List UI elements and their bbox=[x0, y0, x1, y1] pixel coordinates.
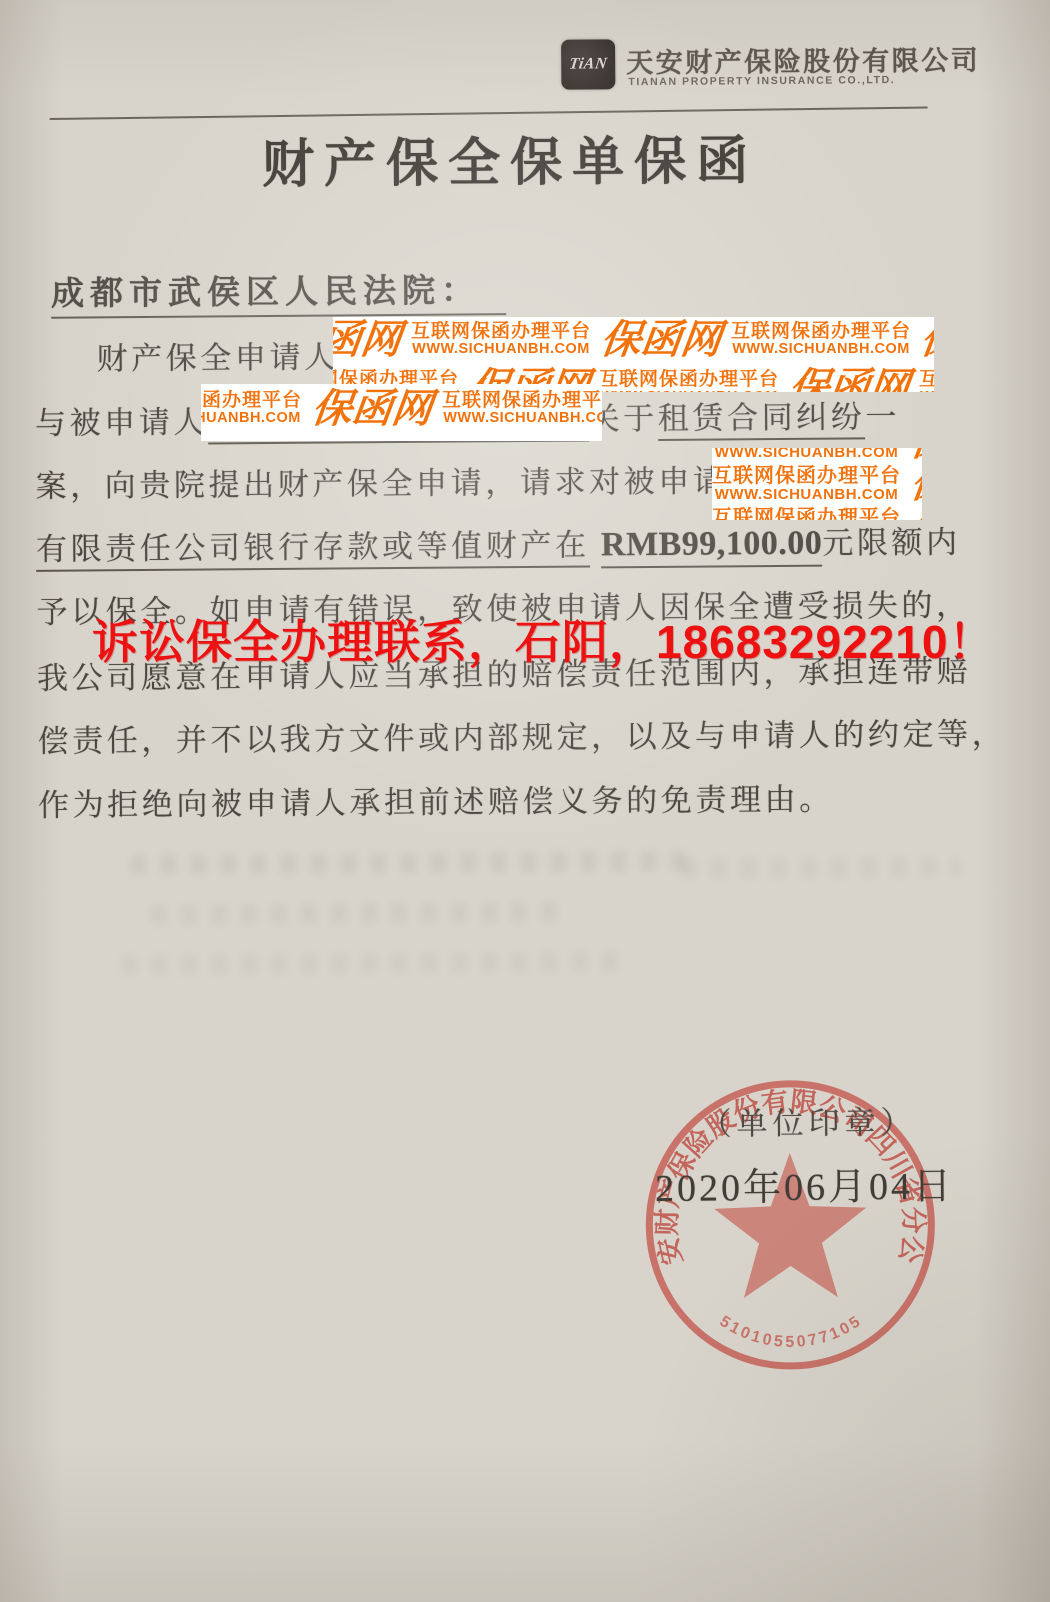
watermark-brand: 保函网 bbox=[913, 320, 934, 360]
watermark-brand: 保函网 bbox=[903, 448, 922, 462]
body-line: 作为拒绝向被申请人承担前述赔偿义务的免责理由。 bbox=[38, 774, 834, 825]
watermark-block: 保函网互联网保函办理平台WWW.SICHUANBH.COM保函网互联网保函办理平… bbox=[201, 384, 602, 441]
watermark-platform-url: 互联网保函办理平台WWW.SICHUANBH.COM bbox=[201, 391, 306, 428]
salutation: 成都市武侯区人民法院： bbox=[51, 264, 506, 315]
body-line: 案，向贵院提出财产保全申请，请求对被申请人 bbox=[35, 455, 762, 506]
watermark-block: 互联网保函办理平台WWW.SICHUANBH.COM保函网互联网保函办理平台WW… bbox=[712, 448, 922, 520]
watermark-platform: 互联网保函办理平台 bbox=[712, 465, 901, 487]
watermark-unit: 保函网互联网保函办理平台WWW.SICHUANBH.COM bbox=[783, 368, 934, 392]
body-text-segment bbox=[589, 527, 601, 562]
watermark-unit: 互联网保函办理平台WWW.SICHUANBH.COM保函网 bbox=[712, 464, 922, 504]
watermark-url: WWW.SICHUANBH.COM bbox=[715, 448, 898, 461]
bleed-through-marks bbox=[680, 857, 960, 879]
watermark-platform-url: 互联网保函办理平台WWW.SICHUANBH.COM bbox=[407, 322, 595, 359]
body-line: 有限责任公司银行存款或等值财产在 RMB99,100.00元限额内 bbox=[36, 517, 961, 569]
watermark-platform: 互联网保函办理平台 bbox=[919, 370, 934, 391]
watermark-unit: 互联网保函办理平台WWW.SICHUANBH.COM保函网 bbox=[712, 506, 922, 520]
watermark-brand: 保函网 bbox=[333, 320, 409, 360]
watermark-platform-url: 互联网保函办理平台WWW.SICHUANBH.COM bbox=[595, 370, 783, 392]
document-date: 2020年06月04日 bbox=[655, 1155, 954, 1212]
watermark-row: 互联网保函办理平台WWW.SICHUANBH.COM保函网 bbox=[712, 506, 922, 520]
watermark-url: WWW.SICHUANBH.COM bbox=[600, 390, 778, 392]
watermark-url: WWW.SICHUANBH.COM bbox=[201, 411, 301, 427]
body-text-segment: 偿责任，并不以我方文件或内部规定，以及与申请人的约定等， bbox=[37, 716, 1006, 759]
body-paragraph: 财产保全申请人与被申请人 关于租赁合同纠纷一案，向贵院提出财产保全申请，请求对被… bbox=[0, 0, 1044, 4]
watermark-row: 保函网互联网保函办理平台WWW.SICHUANBH.COM保函网互联网保函办理平… bbox=[201, 389, 602, 429]
body-text-segment: 与被申请人 bbox=[35, 404, 208, 440]
watermark-unit: 保函网互联网保函办理平台WWW.SICHUANBH.COM bbox=[306, 389, 602, 429]
watermark-url: WWW.SICHUANBH.COM bbox=[732, 342, 910, 358]
body-text-segment: 一 bbox=[865, 399, 900, 434]
svg-text:5101055077105: 5101055077105 bbox=[716, 1312, 866, 1352]
watermark-brand: 保函网 bbox=[304, 389, 441, 429]
watermark-url: WWW.SICHUANBH.COM bbox=[715, 487, 898, 504]
body-line: 财产保全申请人 bbox=[96, 331, 339, 378]
body-text-segment: 案，向贵院提出财产保全申请，请求对被申请人 bbox=[35, 463, 762, 504]
body-text-segment: 有限责任公司银行存款或等值财产在 bbox=[36, 527, 590, 571]
watermark-brand: 保函网 bbox=[781, 368, 918, 392]
watermark-unit: 互联网保函办理平台WWW.SICHUANBH.COM保函网 bbox=[712, 448, 922, 462]
watermark-unit: 保函网互联网保函办理平台WWW.SICHUANBH.COM bbox=[333, 320, 595, 360]
paper-sheet: TiAN 天安财产保险股份有限公司 TIANAN PROPERTY INSURA… bbox=[0, 0, 1050, 1602]
ad-overlay-text: 诉讼保全办理联系，石阳，18683292210！ bbox=[92, 606, 995, 672]
body-text-segment: 作为拒绝向被申请人承担前述赔偿义务的免责理由。 bbox=[38, 782, 834, 823]
watermark-unit: 保函网互联网保函办理平台WWW.SICHUANBH.COM bbox=[595, 320, 915, 360]
body-text-segment: 租赁合同纠纷 bbox=[658, 399, 866, 441]
watermark-brand: 保函网 bbox=[593, 320, 730, 360]
watermark-row: 互联网保函办理平台WWW.SICHUANBH.COM保函网 bbox=[712, 448, 922, 462]
body-text-segment: RMB99,100.00 bbox=[601, 525, 823, 569]
body-line: 偿责任，并不以我方文件或内部规定，以及与申请人的约定等， bbox=[37, 708, 1006, 761]
bleed-through-marks bbox=[121, 951, 621, 975]
watermark-url: WWW.SICHUANBH.COM bbox=[412, 342, 590, 358]
watermark-block: 保函网互联网保函办理平台WWW.SICHUANBH.COM保函网互联网保函办理平… bbox=[333, 317, 934, 392]
watermark-platform: 互联网保函办理平台 bbox=[201, 391, 302, 412]
watermark-platform-url: 互联网保函办理平台WWW.SICHUANBH.COM bbox=[712, 465, 905, 504]
watermark-brand: 保函网 bbox=[903, 506, 922, 520]
watermark-row: 保函网互联网保函办理平台WWW.SICHUANBH.COM保函网互联网保函办理平… bbox=[333, 320, 934, 360]
watermark-platform-url: 互联网保函办理平台WWW.SICHUANBH.COM bbox=[712, 507, 905, 520]
watermark-unit: 保函网互联网保函办理平台WWW.SICHUANBH.COM bbox=[201, 389, 306, 429]
watermark-brand: 保函网 bbox=[903, 464, 922, 504]
watermark-platform-url: 互联网保函办理平台WWW.SICHUANBH.COM bbox=[438, 391, 602, 428]
watermark-platform: 互联网保函办理平台 bbox=[731, 322, 911, 343]
watermark-platform: 互联网保函办理平台 bbox=[442, 391, 602, 412]
page-title: 财产保全保单保函 bbox=[262, 118, 759, 197]
watermark-platform: 互联网保函办理平台 bbox=[599, 370, 779, 391]
body-text-segment: 元限额内 bbox=[822, 525, 961, 561]
seal-placeholder-label: （单位印章） bbox=[700, 1097, 916, 1144]
watermark-platform-url: 互联网保函办理平台WWW.SICHUANBH.COM bbox=[712, 448, 905, 461]
watermark-platform: 互联网保函办理平台 bbox=[411, 322, 591, 343]
watermark-row: 互联网保函办理平台WWW.SICHUANBH.COM保函网 bbox=[712, 464, 922, 504]
watermark-unit: 保函网互联网保函办理平台WWW.SICHUANBH.COM bbox=[915, 320, 934, 360]
watermark-platform-url: 互联网保函办理平台WWW.SICHUANBH.COM bbox=[727, 322, 915, 359]
watermark-url: WWW.SICHUANBH.COM bbox=[920, 390, 934, 392]
watermark-platform-url: 互联网保函办理平台WWW.SICHUANBH.COM bbox=[915, 370, 934, 392]
bleed-through-marks bbox=[130, 851, 690, 875]
scanned-document: TiAN 天安财产保险股份有限公司 TIANAN PROPERTY INSURA… bbox=[0, 0, 1050, 1602]
watermark-platform: 互联网保函办理平台 bbox=[712, 507, 901, 520]
logo-text: TiAN bbox=[568, 55, 608, 73]
bleed-through-marks bbox=[151, 902, 571, 925]
tianan-logo-icon: TiAN bbox=[561, 39, 615, 89]
body-text-segment: 财产保全申请人 bbox=[96, 339, 338, 376]
watermark-url: WWW.SICHUANBH.COM bbox=[443, 411, 602, 427]
seal-number: 5101055077105 bbox=[716, 1312, 866, 1352]
header-rule bbox=[50, 107, 928, 120]
company-name-en: TIANAN PROPERTY INSURANCE CO.,LTD. bbox=[628, 74, 895, 88]
